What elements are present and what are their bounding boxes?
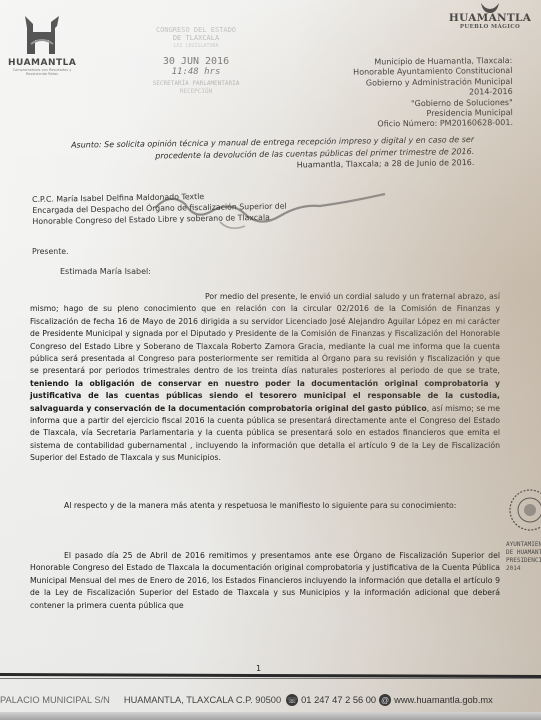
swirl-emblem-icon — [479, 0, 501, 12]
seal-line: DE HUAMANTLA — [506, 549, 541, 557]
stamp-line5: RECEPCIÓN — [135, 88, 257, 96]
phone-icon: ☏ — [286, 694, 298, 706]
h-emblem-icon — [19, 14, 65, 58]
left-logo-name: HUAMANTLA — [8, 58, 76, 68]
right-logo-name: HUAMANTLA — [440, 12, 540, 24]
presente: Presente. — [32, 247, 69, 256]
letter-header: Municipio de Huamantla, Tlaxcala: Honora… — [353, 56, 513, 131]
recipient-block: C.P.C. María Isabel Delfina Maldonado Te… — [32, 190, 287, 227]
web-icon: @ — [379, 694, 391, 706]
left-logo-tagline: Comprometidos con Resultados y Resolvien… — [8, 68, 76, 76]
footer-phone: 01 247 47 2 56 00 — [301, 695, 376, 705]
footer-divider-thin — [0, 678, 541, 679]
footer-website[interactable]: www.huamantla.gob.mx — [394, 695, 493, 705]
stamp-line3: LXI LEGISLATURA — [135, 42, 257, 50]
huamantla-pueblo-magico-logo: HUAMANTLA PUEBLO MÁGICO — [440, 0, 540, 38]
seal-text: AYUNTAMIENTO DE HUAMANTLA PRESIDENCIA 20… — [506, 541, 541, 573]
stamp-line2: DE TLAXCALA — [135, 34, 257, 42]
stamp-line4: SECRETARÍA PARLAMENTARIA — [135, 80, 257, 88]
paragraph-2: Al respecto y de la manera más atenta y … — [30, 500, 500, 512]
letter-page: HUAMANTLA Comprometidos con Resultados y… — [0, 0, 541, 720]
paragraph-3: El pasado día 25 de Abril de 2016 remiti… — [30, 550, 500, 612]
municipal-seal-icon — [508, 486, 541, 538]
paragraph-1-lead: Por medio del presente, le envió un cord… — [30, 292, 500, 375]
stamp-time: 11:48 hrs — [135, 67, 257, 77]
right-logo-subtitle: PUEBLO MÁGICO — [440, 24, 540, 31]
footer: PALACIO MUNICIPAL S/N HUAMANTLA, TLAXCAL… — [0, 694, 541, 706]
salutation: Estimada María Isabel: — [60, 267, 151, 276]
stamp-date: 30 JUN 2016 — [135, 56, 257, 67]
footer-address: PALACIO MUNICIPAL S/N — [0, 695, 110, 705]
footer-city: HUAMANTLA, TLAXCALA C.P. 90500 — [124, 695, 281, 705]
huamantla-logo-left: HUAMANTLA Comprometidos con Resultados y… — [8, 14, 76, 80]
reception-stamp: CONGRESO DEL ESTADO DE TLAXCALA LXI LEGI… — [135, 26, 257, 108]
page-number: 1 — [256, 664, 261, 673]
page-bottom-edge — [0, 712, 541, 720]
asunto-block: Asunto: Se solicita opinión técnica y ma… — [60, 134, 474, 174]
stamp-line1: CONGRESO DEL ESTADO — [135, 26, 257, 34]
seal-line: AYUNTAMIENTO — [506, 541, 541, 549]
oficio-number: Oficio Número: PM20160628-001. — [353, 118, 512, 130]
seal-line: PRESIDENCIA — [506, 557, 541, 565]
seal-line: 2014 — [506, 565, 541, 573]
paragraph-1: Por medio del presente, le envió un cord… — [30, 291, 500, 465]
